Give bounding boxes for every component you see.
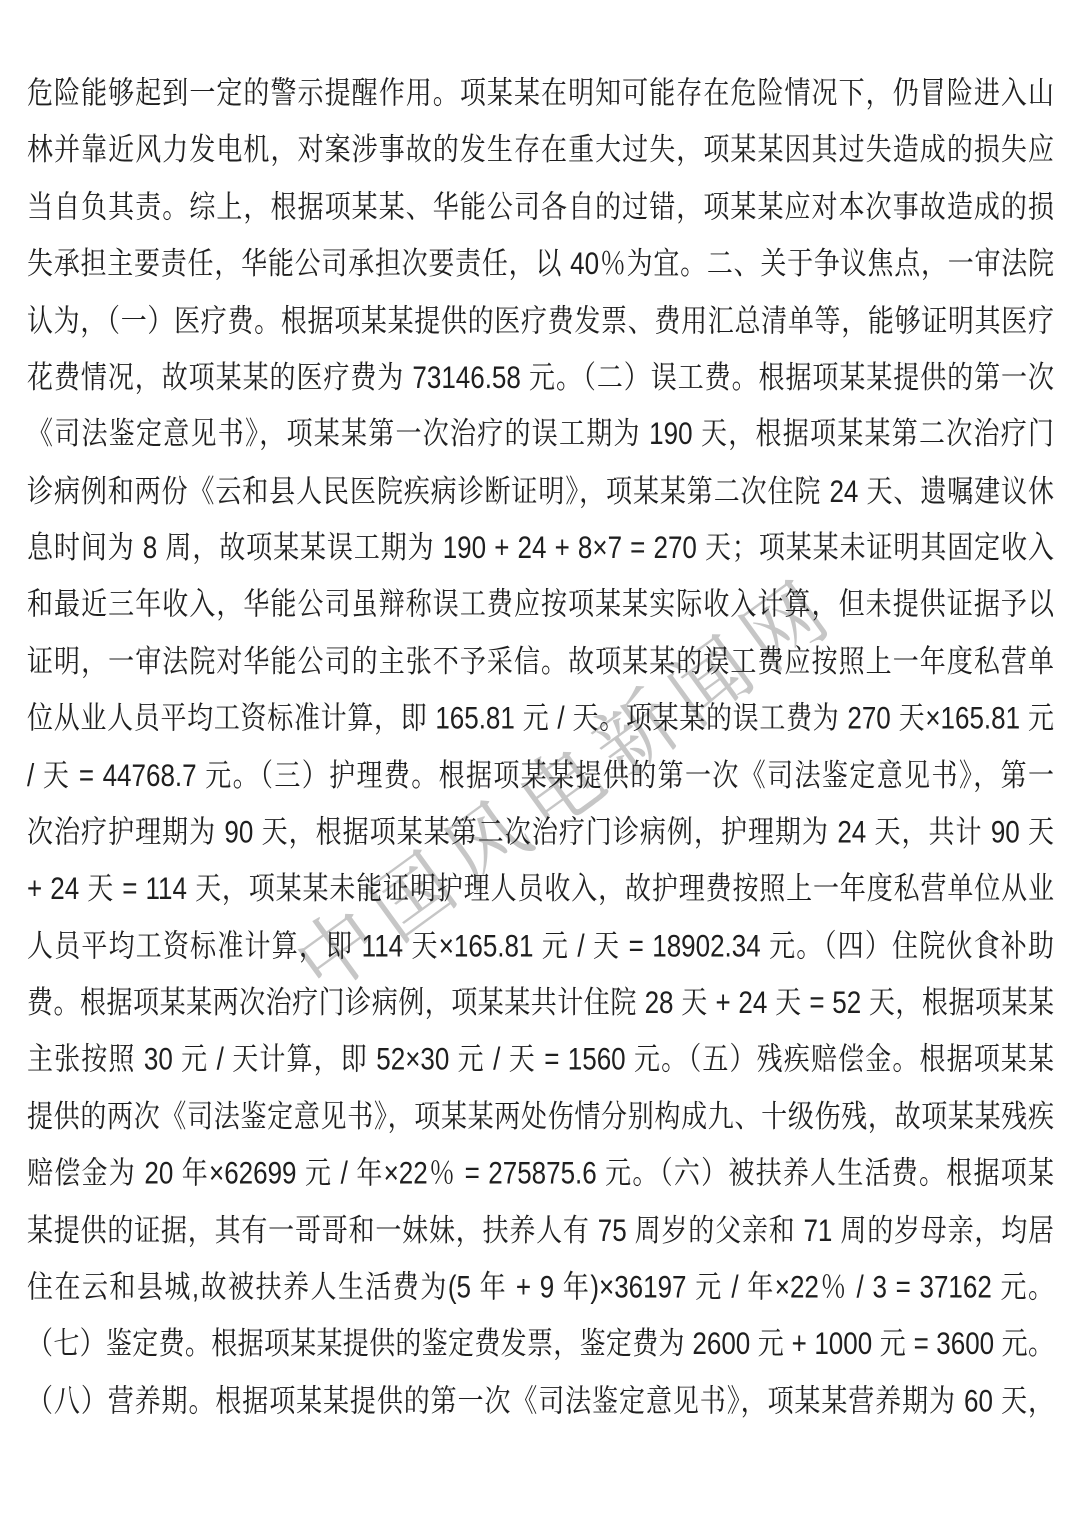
text-line: 赔偿金为 20 年×62699 元 / 年×22％ = 275875.6 元。（…	[27, 1145, 1054, 1202]
text-line: 和最近三年收入，华能公司虽辩称误工费应按项某某实际收入计算，但未提供证据予以	[27, 577, 1054, 634]
text-line: 提供的两次《司法鉴定意见书》，项某某两处伤情分别构成九、十级伤残，故项某某残疾	[27, 1088, 1054, 1145]
text-line: 《司法鉴定意见书》，项某某第一次治疗的误工期为 190 天，根据项某某第二次治疗…	[27, 406, 1054, 463]
text-line: 当自负其责。综上，根据项某某、华能公司各自的过错，项某某应对本次事故造成的损	[27, 179, 1054, 236]
text-line: 息时间为 8 周，故项某某误工期为 190 + 24 + 8×7 = 270 天…	[27, 520, 1054, 577]
text-line: （八）营养期。根据项某某提供的第一次《司法鉴定意见书》，项某某营养期为 60 天…	[27, 1373, 1054, 1430]
text-line: 失承担主要责任，华能公司承担次要责任，以 40％为宜。二、关于争议焦点，一审法院	[27, 236, 1054, 293]
text-line: 主张按照 30 元 / 天计算，即 52×30 元 / 天 = 1560 元。（…	[27, 1031, 1054, 1088]
text-line: 诊病例和两份《云和县人民医院疾病诊断证明》，项某某第二次住院 24 天、遗嘱建议…	[27, 463, 1054, 520]
text-line: 花费情况，故项某某的医疗费为 73146.58 元。（二）误工费。根据项某某提供…	[27, 349, 1054, 406]
text-line: 费。根据项某某两次治疗门诊病例，项某某共计住院 28 天 + 24 天 = 52…	[27, 975, 1054, 1032]
document-page: 中国风电新闻网 危险能够起到一定的警示提醒作用。项某某在明知可能存在危险情况下，…	[0, 0, 1080, 1527]
text-line: （七）鉴定费。根据项某某提供的鉴定费发票，鉴定费为 2600 元 + 1000 …	[27, 1316, 1054, 1373]
text-line: 人员平均工资标准计算，即 114 天×165.81 元 / 天 = 18902.…	[27, 918, 1054, 975]
text-line: 认为，（一）医疗费。根据项某某提供的医疗费发票、费用汇总清单等，能够证明其医疗	[27, 292, 1054, 349]
text-line: 某提供的证据，其有一哥哥和一妹妹，扶养人有 75 周岁的父亲和 71 周的岁母亲…	[27, 1202, 1054, 1259]
judgment-text-block: 危险能够起到一定的警示提醒作用。项某某在明知可能存在危险情况下，仍冒险进入山 林…	[27, 65, 1054, 1429]
text-line: 证明，一审法院对华能公司的主张不予采信。故项某某的误工费应按照上一年度私营单	[27, 634, 1054, 691]
text-line: 次治疗护理期为 90 天，根据项某某第二次治疗门诊病例，护理期为 24 天，共计…	[27, 804, 1054, 861]
text-line: 住在云和县城,故被扶养人生活费为(5 年 + 9 年)×36197 元 / 年×…	[27, 1259, 1054, 1316]
text-line: + 24 天 = 114 天，项某某未能证明护理人员收入，故护理费按照上一年度私…	[27, 861, 1054, 918]
text-line: 林并靠近风力发电机，对案涉事故的发生存在重大过失，项某某因其过失造成的损失应	[27, 122, 1054, 179]
text-line: 位从业人员平均工资标准计算，即 165.81 元 / 天。项某某的误工费为 27…	[27, 690, 1054, 747]
text-line: 危险能够起到一定的警示提醒作用。项某某在明知可能存在危险情况下，仍冒险进入山	[27, 65, 1054, 122]
text-line: / 天 = 44768.7 元。（三）护理费。根据项某某提供的第一次《司法鉴定意…	[27, 747, 1054, 804]
